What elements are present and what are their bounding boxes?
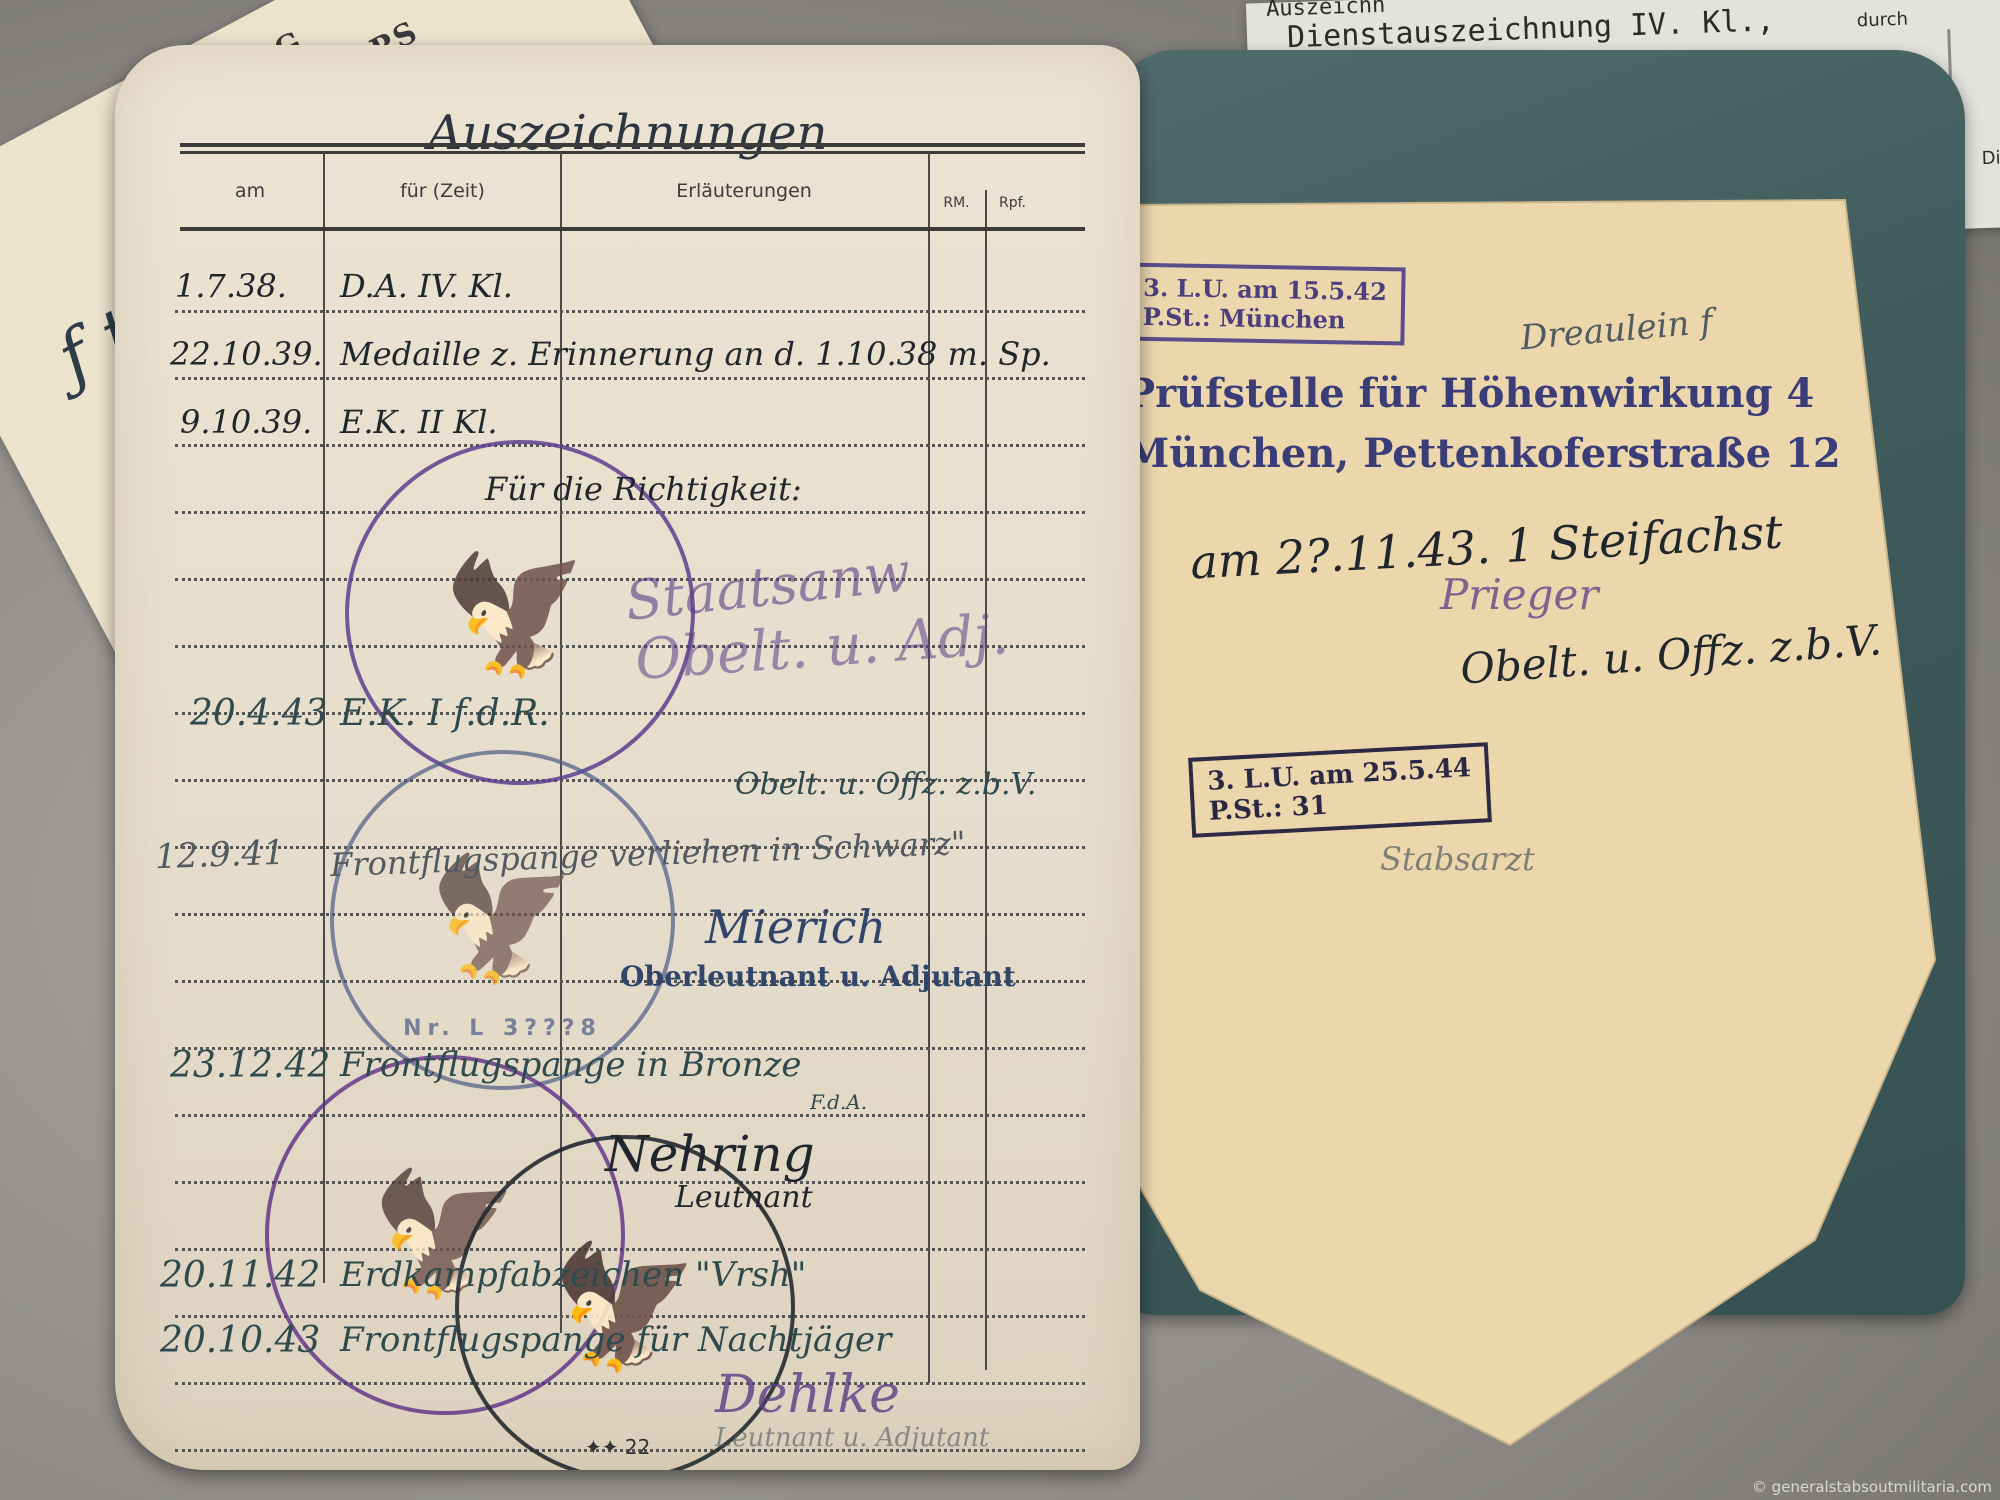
stamp-blue-number: Nr. L 3???8 xyxy=(403,1016,602,1041)
entry-1-date: 1.7.38. xyxy=(175,267,287,305)
column-header-am: am xyxy=(175,180,325,202)
signature-dehlke: Dehlke xyxy=(715,1365,900,1425)
entry-8-signer-title: Leutnant u. Adjutant xyxy=(715,1423,989,1453)
watermark: © generalstabsoutmilitaria.com xyxy=(1752,1478,1992,1496)
column-header-rpf: Rpf. xyxy=(985,195,1040,211)
entry-3-text: E.K. II Kl. xyxy=(340,403,498,441)
doc-right-label-die: Die xyxy=(1981,147,2000,169)
title-rule-bottom xyxy=(180,151,1085,154)
entry-6-text: Frontflugspange in Bronze xyxy=(340,1045,802,1085)
entry-4-signer-title: Obelt. u. Offz. z.b.V. xyxy=(735,767,1036,802)
passbook-cover xyxy=(1115,50,1965,1315)
eagle-icon: 🦅 xyxy=(438,543,603,683)
entry-5-date: 12.9.41 xyxy=(154,833,285,878)
entry-7-text: Erdkampfabzeichen "Vrsh" xyxy=(340,1255,806,1295)
column-header-rm: RM. xyxy=(928,195,985,211)
signature-mierich: Mierich xyxy=(705,900,886,954)
entry-4-date: 20.4.43 xyxy=(190,693,327,734)
signature-nehring: Nehring xyxy=(605,1125,815,1183)
entry-2-text: Medaille z. Erinnerung an d. 1.10.38 m. … xyxy=(340,335,1051,373)
entry-6-signer-title: Leutnant xyxy=(675,1180,813,1215)
eagle-stamp-blue: 🦅 Nr. L 3???8 xyxy=(330,750,675,1090)
page-marks: ✦✦ xyxy=(585,1435,619,1459)
doc-right-label-durch: durch xyxy=(1856,9,1908,32)
entry-4-text: E.K. I f.d.R. xyxy=(340,693,550,734)
ruled-row-line xyxy=(175,444,1085,447)
entry-8-text: Frontflugspange für Nachtjäger xyxy=(340,1320,891,1360)
entry-3-date: 9.10.39. xyxy=(180,403,312,441)
entry-8-date: 20.10.43 xyxy=(160,1320,320,1361)
entry-6-date: 23.12.42 xyxy=(170,1045,330,1086)
entry-1-text: D.A. IV. Kl. xyxy=(340,267,513,305)
entry-7-date: 20.11.42 xyxy=(160,1255,320,1296)
entry-2-date: 22.10.39. xyxy=(170,335,323,373)
column-header-erlaeuterungen: Erläuterungen xyxy=(560,180,928,202)
entry-certification: Für die Richtigkeit: xyxy=(485,470,802,508)
title-rule-top xyxy=(180,143,1085,147)
left-awards-page: Auszeichnungen am für (Zeit) Erläuterung… xyxy=(115,45,1140,1470)
ruled-row-line xyxy=(175,310,1085,313)
entry-5-signer-title: Oberleutnant u. Adjutant xyxy=(620,960,1016,993)
ruled-row-line xyxy=(175,377,1085,380)
page-number-value: 22 xyxy=(625,1435,650,1459)
entry-6-fda: F.d.A. xyxy=(810,1090,867,1114)
header-rule xyxy=(180,227,1085,231)
page-number: ✦✦ 22 xyxy=(585,1435,650,1459)
column-header-fuer-zeit: für (Zeit) xyxy=(325,180,560,202)
